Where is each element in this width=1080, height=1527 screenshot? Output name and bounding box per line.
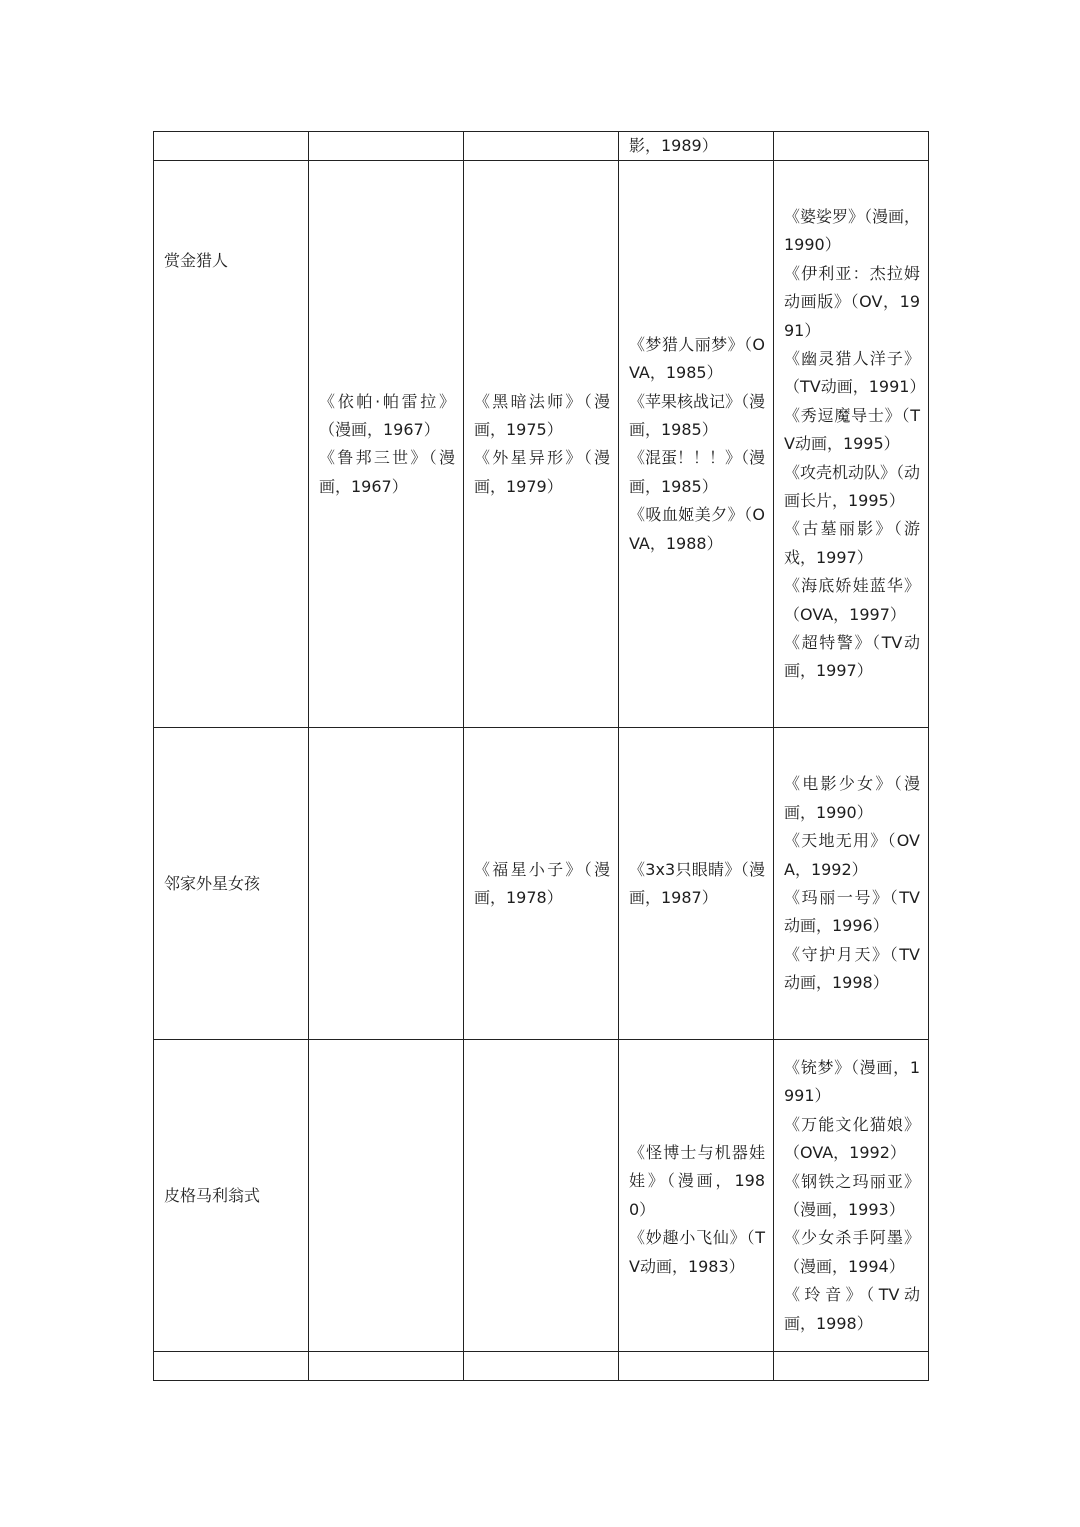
cell-col3: 《黑暗法师》（漫画，1975） 《外星异形》（漫画，1979） [464, 161, 619, 728]
entry: 《守护月天》（TV动画，1998） [784, 941, 920, 998]
entry: 《婆娑罗》（漫画，1990） [784, 203, 920, 260]
cell-col5 [774, 1352, 929, 1381]
row-label: 邻家外星女孩 [154, 728, 309, 1040]
entry: 《古墓丽影》（游戏，1997） [784, 515, 920, 572]
entry: 《电影少女》（漫画，1990） [784, 770, 920, 827]
entry: 《伊利亚：杰拉姆动画版》（OV，1991） [784, 260, 920, 345]
entry: 《超特警》（TV动画，1997） [784, 629, 920, 686]
table-row-pygmalion: 皮格马利翁式 《怪博士与机器娃娃》（漫画，1980） 《妙趣小飞仙》（TV动画，… [154, 1040, 929, 1352]
entry: 《海底娇娃蓝华》（OVA，1997） [784, 572, 920, 629]
cell-col2: 《依帕·帕雷拉》（漫画，1967） 《鲁邦三世》（漫画，1967） [309, 161, 464, 728]
table-row-alien-girl-next-door: 邻家外星女孩 《福星小子》（漫画，1978） 《3x3只眼睛》（漫画，1987）… [154, 728, 929, 1040]
cell-col2 [309, 132, 464, 161]
cell-col4: 影，1989） [619, 132, 774, 161]
entry: 影，1989） [629, 132, 765, 160]
cell-col4: 《怪博士与机器娃娃》（漫画，1980） 《妙趣小飞仙》（TV动画，1983） [619, 1040, 774, 1352]
row-label: 皮格马利翁式 [154, 1040, 309, 1352]
entry: 《苹果核战记》（漫画，1985） [629, 388, 765, 445]
entry: 《攻壳机动队》（动画长片，1995） [784, 459, 920, 516]
document-page: 影，1989） 赏金猎人 《依帕·帕雷拉》（漫画，1967） 《鲁邦三世》（漫画… [0, 0, 1080, 1527]
entry: 《混蛋！！！》（漫画，1985） [629, 444, 765, 501]
entry: 《秀逗魔导士》（TV动画，1995） [784, 402, 920, 459]
entry: 《妙趣小飞仙》（TV动画，1983） [629, 1224, 765, 1281]
entry: 《玛丽一号》（TV动画，1996） [784, 884, 920, 941]
entry: 《少女杀手阿墨》（漫画，1994） [784, 1224, 920, 1281]
entry: 《万能文化猫娘》（OVA，1992） [784, 1111, 920, 1168]
cell-col3: 《福星小子》（漫画，1978） [464, 728, 619, 1040]
cell-col3 [464, 132, 619, 161]
cell-col5 [774, 132, 929, 161]
cell-col5: 《电影少女》（漫画，1990） 《天地无用》（OVA，1992） 《玛丽一号》（… [774, 728, 929, 1040]
entry: 《梦猎人丽梦》（OVA，1985） [629, 331, 765, 388]
cell-col3 [464, 1040, 619, 1352]
entry: 《外星异形》（漫画，1979） [474, 444, 610, 501]
cell-col4: 《梦猎人丽梦》（OVA，1985） 《苹果核战记》（漫画，1985） 《混蛋！！… [619, 161, 774, 728]
entry: 《幽灵猎人洋子》（TV动画，1991） [784, 345, 920, 402]
cell-col5: 《铳梦》（漫画，1991） 《万能文化猫娘》（OVA，1992） 《钢铁之玛丽亚… [774, 1040, 929, 1352]
cell-col5: 《婆娑罗》（漫画，1990） 《伊利亚：杰拉姆动画版》（OV，1991） 《幽灵… [774, 161, 929, 728]
table-row-continuation: 影，1989） [154, 132, 929, 161]
entry: 《怪博士与机器娃娃》（漫画，1980） [629, 1139, 765, 1224]
row-label: 赏金猎人 [154, 161, 309, 728]
entry: 《依帕·帕雷拉》（漫画，1967） [319, 388, 455, 445]
entry: 《福星小子》（漫画，1978） [474, 856, 610, 913]
cell-col2 [309, 1352, 464, 1381]
cell-col2 [309, 728, 464, 1040]
cell-col3 [464, 1352, 619, 1381]
entry: 《吸血姬美夕》（OVA，1988） [629, 501, 765, 558]
row-label [154, 132, 309, 161]
entry: 《鲁邦三世》（漫画，1967） [319, 444, 455, 501]
entry: 《钢铁之玛丽亚》（漫画，1993） [784, 1168, 920, 1225]
entry: 《玲音》（TV动画，1998） [784, 1281, 920, 1338]
entry: 《铳梦》（漫画，1991） [784, 1054, 920, 1111]
cell-col4 [619, 1352, 774, 1381]
genre-timeline-table: 影，1989） 赏金猎人 《依帕·帕雷拉》（漫画，1967） 《鲁邦三世》（漫画… [153, 131, 929, 1381]
table-row-bounty-hunter: 赏金猎人 《依帕·帕雷拉》（漫画，1967） 《鲁邦三世》（漫画，1967） 《… [154, 161, 929, 728]
entry: 《3x3只眼睛》（漫画，1987） [629, 856, 765, 913]
entry: 《天地无用》（OVA，1992） [784, 827, 920, 884]
cell-col4: 《3x3只眼睛》（漫画，1987） [619, 728, 774, 1040]
cell-col2 [309, 1040, 464, 1352]
entry: 《黑暗法师》（漫画，1975） [474, 388, 610, 445]
table-row-empty [154, 1352, 929, 1381]
row-label [154, 1352, 309, 1381]
